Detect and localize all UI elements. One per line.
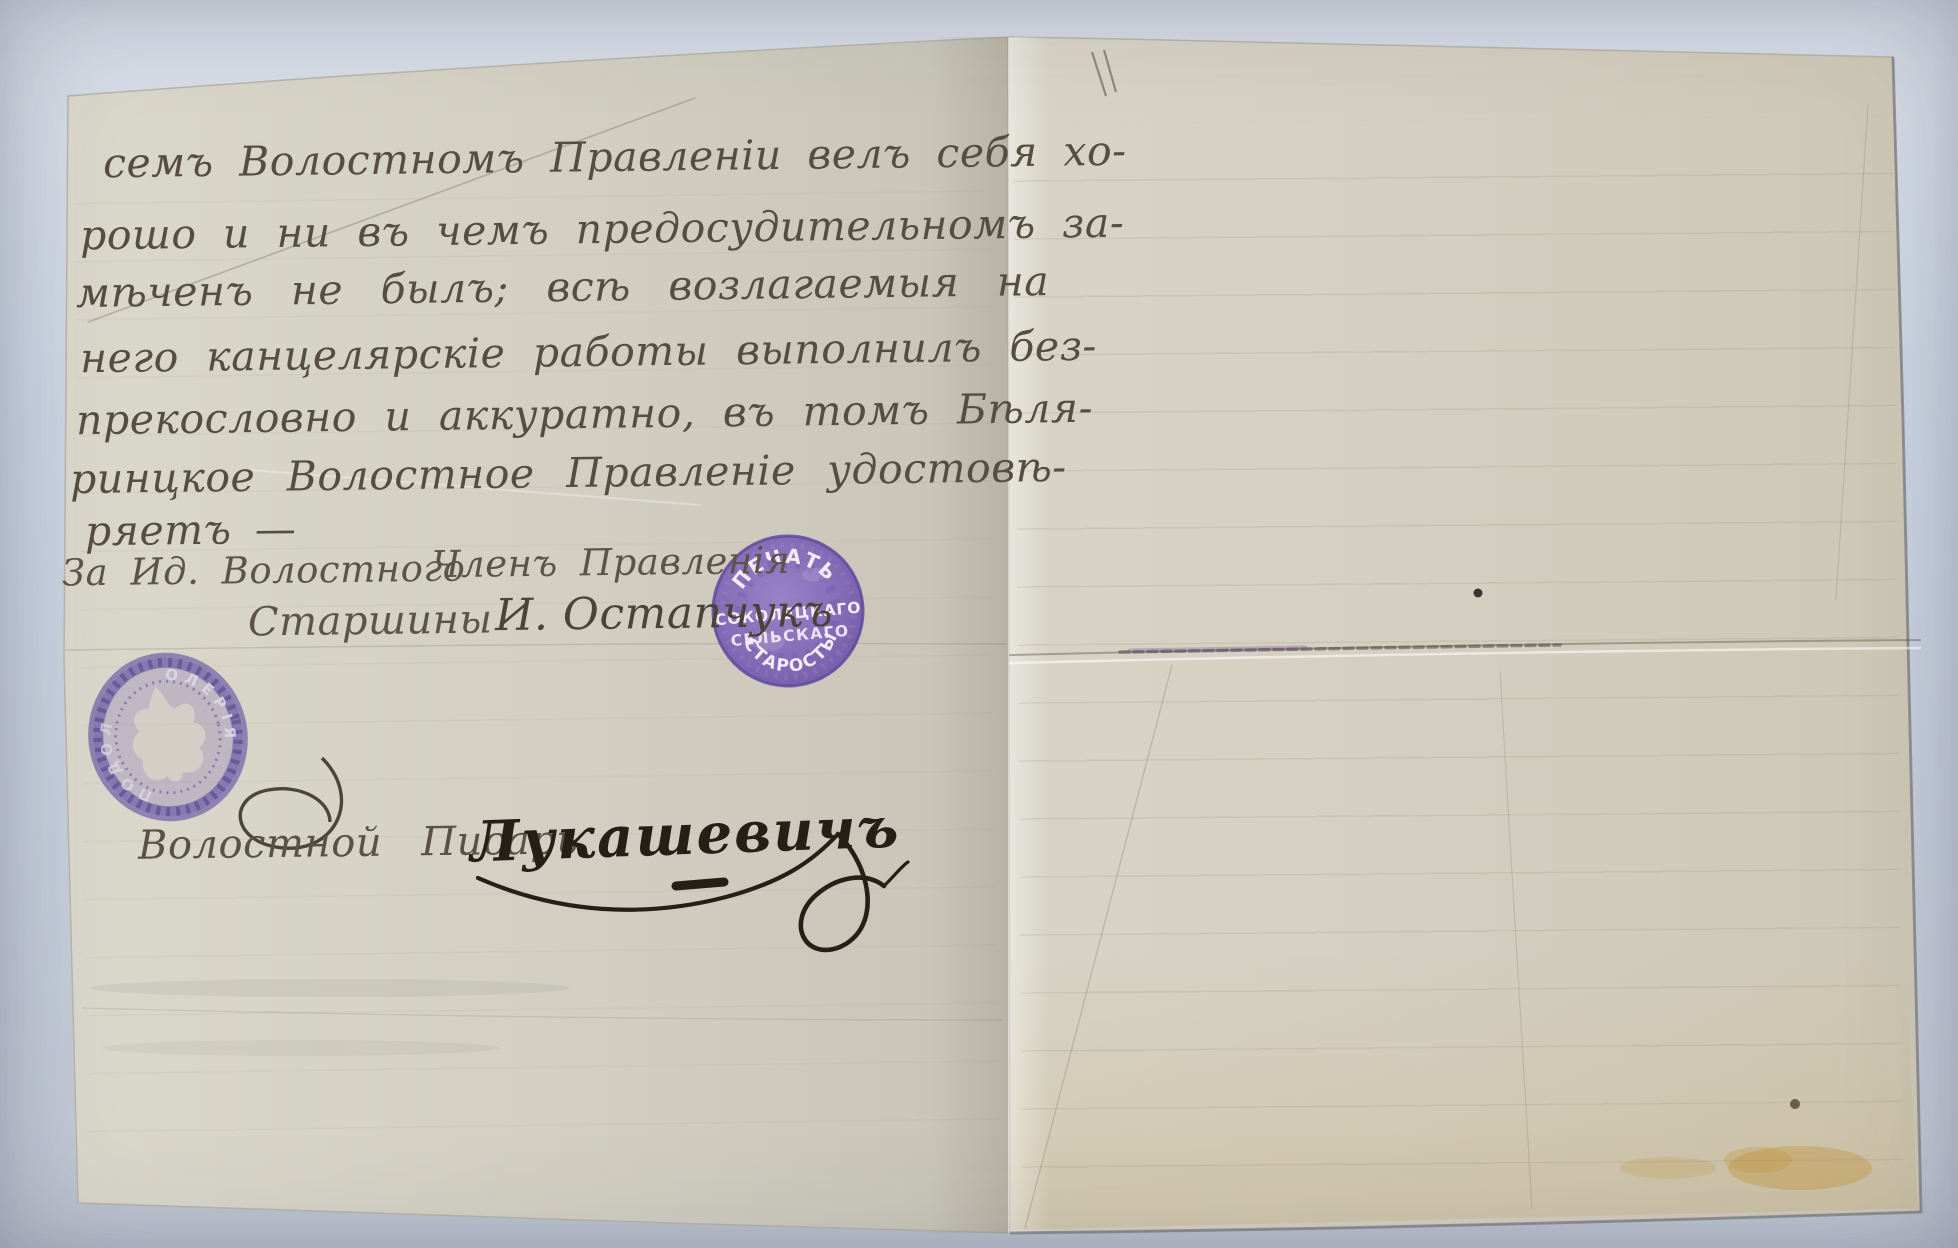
board-member-title: Членъ Правленія xyxy=(432,539,791,586)
acting-elder-label: За Ид. Волостного xyxy=(62,547,466,595)
acting-elder-label-2: Старшины xyxy=(248,597,493,646)
photo-of-document: ОЛЕРІЯ ПОДОЛ ПЕЧАТЬ СОКОЛЕЦКАГО СЕЛЬСКАГ… xyxy=(0,0,1958,1248)
board-member-signature: И. Остапчукъ xyxy=(495,586,833,641)
handwriting-line-7: ряетъ — xyxy=(85,505,297,556)
